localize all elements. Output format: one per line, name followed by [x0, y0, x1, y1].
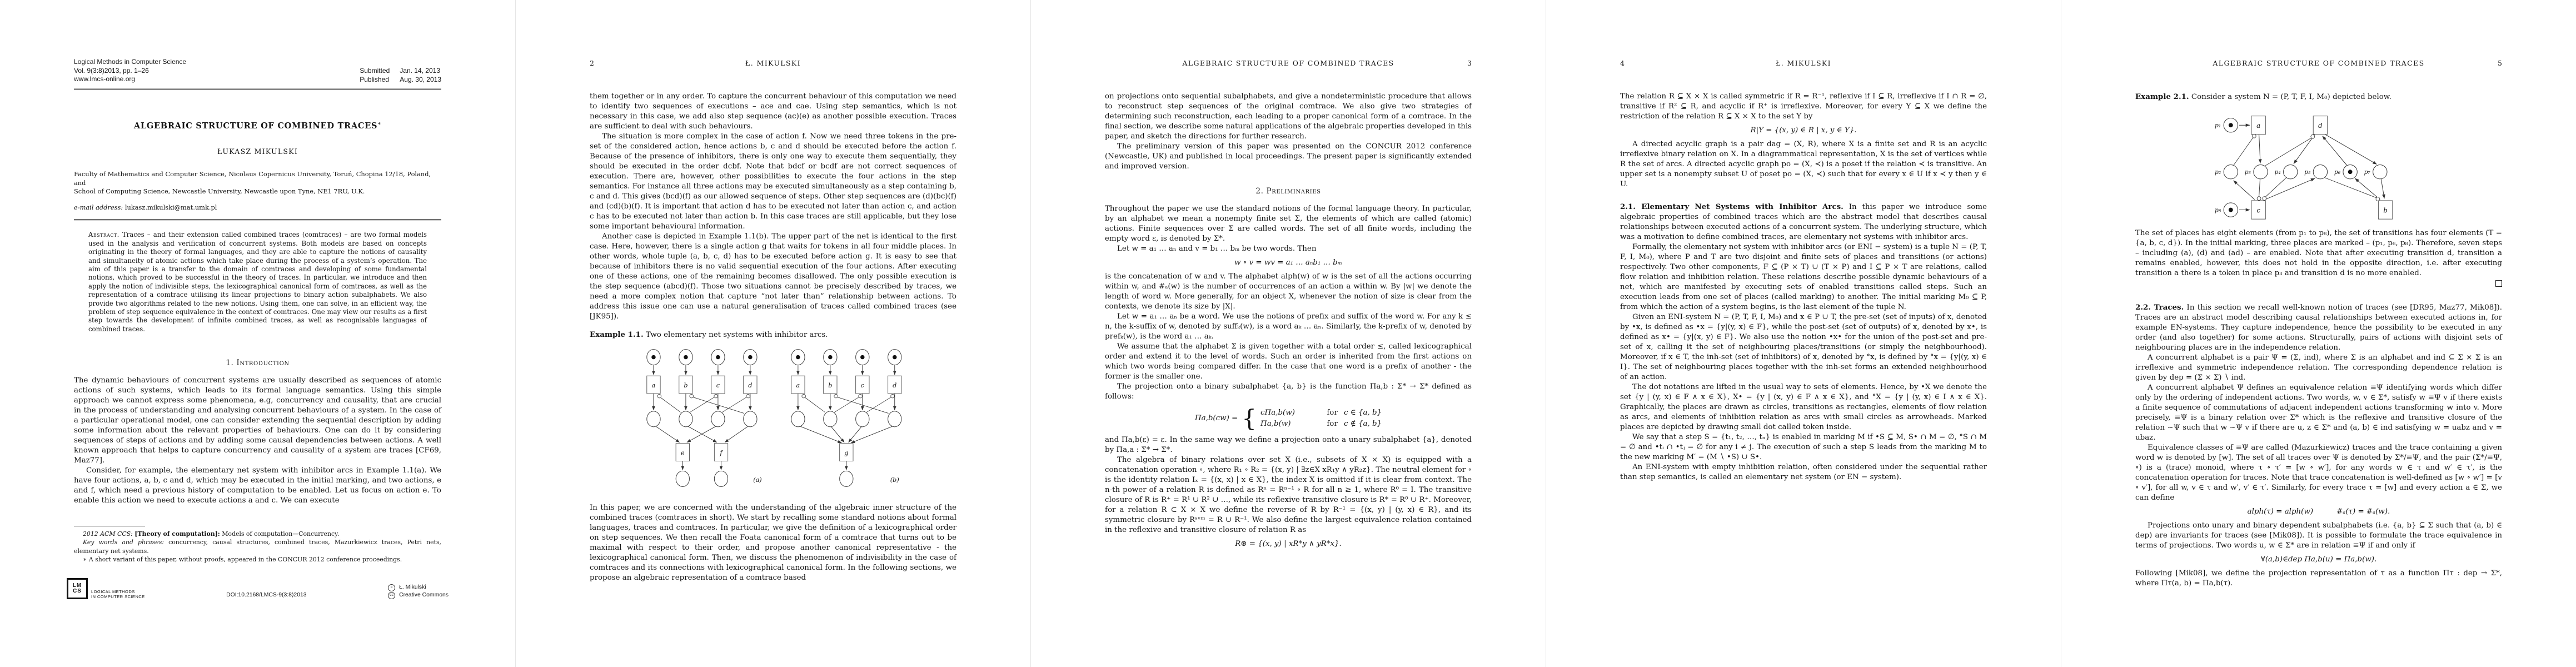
case-1-formula: cΠa,b(w)	[1260, 408, 1321, 418]
footnote-block: 2012 ACM CCS: [Theory of computation]: M…	[74, 526, 441, 564]
svg-text:e: e	[681, 449, 685, 456]
section-2-1: 2.1. Elementary Net Systems with Inhibit…	[1620, 202, 1987, 242]
paper-spread: Logical Methods in Computer Science Vol.…	[0, 0, 2576, 667]
doi: DOI:10.2168/LMCS-9(3:8)2013	[145, 592, 388, 599]
marked-places-top	[647, 350, 757, 365]
svg-text:p₇: p₇	[2364, 168, 2371, 176]
page-4-content: 4 Ł. MIKULSKI The relation R ⊆ X × X is …	[1546, 59, 2061, 482]
qed-line	[2135, 280, 2502, 290]
svg-text:p₃: p₃	[2245, 168, 2251, 176]
case-2-formula: Πa,b(w)	[1260, 419, 1321, 429]
running-head-title: ALGEBRAIC STRUCTURE OF COMBINED TRACES	[2161, 59, 2477, 67]
svg-text:d: d	[2318, 122, 2323, 130]
paragraph: We assume that the alphabet Σ is given t…	[1105, 342, 1472, 382]
example-1-1: Example 1.1. Two elementary net systems …	[590, 330, 956, 340]
svg-text:p₈: p₈	[2215, 206, 2221, 213]
flow-arcs	[2234, 125, 2384, 210]
paper-title: ALGEBRAIC STRUCTURE OF COMBINED TRACES∗	[74, 121, 441, 131]
published-date: Aug. 30, 2013	[400, 76, 441, 84]
paragraph: The preliminary version of this paper wa…	[1105, 142, 1472, 172]
lmcs-logo-icon: LM CS	[67, 578, 88, 599]
case-1-for: for	[1321, 408, 1344, 418]
paragraph: Let w = a₁ … aₙ be a word. We use the no…	[1105, 312, 1472, 342]
output-places	[676, 471, 728, 486]
paragraph: Formally, the elementary net system with…	[1620, 242, 1987, 312]
paragraph: The algebra of binary relations over set…	[1105, 455, 1472, 535]
email-line: e-mail address: lukasz.mikulski@mat.umk.…	[74, 203, 441, 212]
lmcs-logo: LM CS LOGICAL METHODS IN COMPUTER SCIENC…	[67, 578, 145, 599]
footnote-ccs-label: 2012 ACM CCS:	[83, 530, 133, 537]
display-formula-projection-cases: Πa,b(cw) = { cΠa,b(w) for c ∈ {a, b} Πa,…	[1105, 407, 1472, 430]
submitted-date: Jan. 14, 2013	[400, 67, 441, 76]
cases-lhs: Πa,b(cw) =	[1195, 414, 1238, 424]
footnote-variant: ∗ A short variant of this paper, without…	[74, 555, 441, 564]
logo-line-1: LOGICAL METHODS	[91, 589, 145, 594]
example-text: Consider a system N = (P, T, F, I, M₀) d…	[2191, 93, 2391, 101]
page-5: ALGEBRAIC STRUCTURE OF COMBINED TRACES 5…	[2061, 0, 2576, 667]
svg-text:a: a	[652, 382, 656, 389]
running-head: ALGEBRAIC STRUCTURE OF COMBINED TRACES 3	[1105, 59, 1472, 67]
section-2-2-heading: 2.2. Traces.	[2135, 303, 2184, 312]
figure-example-1-1: a b c d	[590, 346, 956, 497]
paragraph: The situation is more complex in the cas…	[590, 132, 956, 232]
svg-text:p₆: p₆	[2334, 168, 2341, 176]
author-name: ŁUKASZ MIKULSKI	[74, 147, 441, 156]
paragraph: Projections onto unary and binary depend…	[2135, 521, 2502, 551]
inhibitor-arcs	[2234, 134, 2380, 201]
section-2-2: 2.2. Traces. In this section we recall w…	[2135, 302, 2502, 353]
paragraph: A directed acyclic graph is a pair dag =…	[1620, 140, 1987, 190]
marked-places-top	[791, 350, 901, 365]
paragraph: In this paper, we are concerned with the…	[590, 503, 956, 583]
running-head: 2 Ł. MIKULSKI	[590, 59, 956, 67]
footnote-rule	[74, 526, 145, 526]
svg-text:d: d	[893, 382, 896, 389]
published-label: Published	[360, 76, 390, 84]
title-rule	[74, 219, 441, 221]
example-2-1: Example 2.1. Consider a system N = (P, T…	[2135, 92, 2502, 102]
case-row-1: cΠa,b(w) for c ∈ {a, b}	[1260, 408, 1382, 418]
footnote-ccs-text: Models of computation—Concurrency.	[222, 530, 339, 537]
running-head-title: ALGEBRAIC STRUCTURE OF COMBINED TRACES	[1130, 59, 1446, 67]
section-2-1-heading: 2.1. Elementary Net Systems with Inhibit…	[1620, 202, 1843, 211]
display-formula-restriction: R|Y = {(x, y) ∈ R | x, y ∈ Y}.	[1620, 126, 1987, 136]
transition-g-label: g	[844, 449, 848, 456]
paragraph: Another case is depicted in Example 1.1(…	[590, 232, 956, 322]
running-head-title: Ł. MIKULSKI	[1646, 59, 1961, 67]
journal-info: Logical Methods in Computer Science Vol.…	[74, 58, 186, 84]
copyright-icon: c	[388, 584, 395, 591]
case-2-for: for	[1321, 419, 1344, 429]
license-name: Creative Commons	[399, 591, 449, 599]
page-2-body: them together or in any order. To captur…	[590, 92, 956, 583]
svg-text:p₁: p₁	[2215, 122, 2221, 129]
page-1: Logical Methods in Computer Science Vol.…	[0, 0, 515, 667]
case-row-2: Πa,b(w) for c ∉ {a, b}	[1260, 419, 1382, 429]
page-4-body: The relation R ⊆ X × X is called symmetr…	[1620, 92, 1987, 482]
paragraph: them together or in any order. To captur…	[590, 92, 956, 132]
paragraph: Given an ENI-system N = (P, T, F, I, M₀)…	[1620, 312, 1987, 382]
paragraph: A concurrent alphabet Ψ defines an equiv…	[2135, 383, 2502, 443]
section-1-heading: 1. Introduction	[74, 358, 441, 368]
svg-text:b: b	[2383, 206, 2388, 214]
logo-bottom: CS	[73, 589, 82, 594]
case-1-condition: c ∈ {a, b}	[1344, 408, 1382, 418]
paragraph: and Πa,b(ε) = ε. In the same way we defi…	[1105, 435, 1472, 455]
page-3-body: on projections onto sequential subalphab…	[1105, 92, 1472, 549]
svg-text:a: a	[796, 382, 800, 389]
paragraph: We say that a step S = {t₁, t₂, …, tₙ} i…	[1620, 432, 1987, 462]
paragraph: is the concatenation of w and v. The alp…	[1105, 272, 1472, 312]
paragraph: on projections onto sequential subalphab…	[1105, 92, 1472, 142]
case-2-condition: c ∉ {a, b}	[1344, 419, 1382, 429]
paragraph: Let w = a₁ … aₙ and v = b₁ … bₘ be two w…	[1105, 244, 1472, 254]
paragraph: A concurrent alphabet is a pair Ψ = (Σ, …	[2135, 353, 2502, 383]
paper-title-text: ALGEBRAIC STRUCTURE OF COMBINED TRACES	[134, 121, 377, 131]
example-text: Two elementary net systems with inhibito…	[646, 331, 828, 339]
paragraph: Following [Mik08], we define the project…	[2135, 569, 2502, 589]
figure-example-2-1: p₁ p₂ p₃ p₄ p₅ p₆ p₇ p₈	[2135, 108, 2502, 223]
inhibitor-arcs	[802, 394, 894, 413]
page-number: 3	[1446, 59, 1472, 67]
section-2-heading: 2. Preliminaries	[1105, 186, 1472, 196]
display-formula-concatenation: w ∘ v = wv = a₁ … aₙb₁ … bₘ	[1105, 258, 1472, 268]
abstract-text: Traces – and their extension called comb…	[88, 231, 427, 332]
display-formula-projection-equivalence: ∀(a,b)∈dep Πa,b(u) = Πa,b(w).	[2135, 555, 2502, 565]
count-equation: #ₐ(τ) = #ₐ(w).	[2336, 507, 2390, 517]
page-number: 4	[1620, 59, 1646, 67]
running-head-title: Ł. MIKULSKI	[615, 59, 931, 67]
page-3: ALGEBRAIC STRUCTURE OF COMBINED TRACES 3…	[1030, 0, 1546, 667]
creative-commons-icon: cc	[388, 592, 395, 599]
petri-net-b: a b c d	[791, 350, 901, 487]
paragraph: An ENI-system with empty inhibition rela…	[1620, 462, 1987, 482]
svg-text:p₅: p₅	[2304, 168, 2311, 176]
petri-net-pair: a b c d	[632, 346, 914, 497]
page-3-content: ALGEBRAIC STRUCTURE OF COMBINED TRACES 3…	[1031, 59, 1546, 549]
masthead-rule	[74, 88, 441, 90]
abstract: Abstract. Traces – and their extension c…	[88, 231, 427, 333]
footnote-variant-text: A short variant of this paper, without p…	[89, 556, 402, 563]
transitions	[2251, 116, 2393, 220]
paragraph: Throughout the paper we use the standard…	[1105, 204, 1472, 244]
page-2: 2 Ł. MIKULSKI them together or in any or…	[515, 0, 1030, 667]
page-2-content: 2 Ł. MIKULSKI them together or in any or…	[516, 59, 1030, 583]
abstract-label: Abstract.	[88, 231, 119, 238]
paragraph: The relation R ⊆ X × X is called symmetr…	[1620, 92, 1987, 122]
journal-masthead: Logical Methods in Computer Science Vol.…	[74, 58, 441, 84]
paragraph: Equivalence classes of ≡Ψ are called (Ma…	[2135, 443, 2502, 503]
email-address: lukasz.mikulski@mat.umk.pl	[125, 203, 217, 211]
transitions-abcd	[647, 376, 757, 394]
paragraph: The dot notations are lifted in the usua…	[1620, 382, 1987, 432]
page-5-content: ALGEBRAIC STRUCTURE OF COMBINED TRACES 5…	[2061, 59, 2576, 589]
journal-name: Logical Methods in Computer Science	[74, 58, 186, 67]
output-place	[840, 471, 853, 486]
page-number: 2	[590, 59, 615, 67]
paragraph: The set of places has eight elements (fr…	[2135, 228, 2502, 278]
running-head: ALGEBRAIC STRUCTURE OF COMBINED TRACES 5	[2135, 59, 2502, 67]
paragraph: The dynamic behaviours of concurrent sys…	[74, 376, 441, 466]
page-4: 4 Ł. MIKULSKI The relation R ⊆ X × X is …	[1546, 0, 2061, 667]
output-arcs	[682, 461, 721, 470]
flow-arcs-ef	[656, 426, 748, 442]
lmcs-logo-text: LOGICAL METHODS IN COMPUTER SCIENCE	[91, 589, 145, 599]
journal-url: www.lmcs-online.org	[74, 75, 186, 84]
logo-line-2: IN COMPUTER SCIENCE	[91, 594, 145, 599]
petri-net-a: a b c d	[647, 350, 762, 487]
paragraph: Consider, for example, the elementary ne…	[74, 466, 441, 506]
copyright-row: cŁ. Mikulski	[388, 584, 449, 591]
net: p₁ p₂ p₃ p₄ p₅ p₆ p₇ p₈	[2215, 116, 2393, 220]
caption-b: (b)	[890, 476, 899, 484]
section-2-2-text: In this section we recall well-known not…	[2135, 303, 2502, 352]
caption-a: (a)	[753, 476, 761, 484]
places	[2224, 118, 2387, 217]
page-1-body: 1. Introduction The dynamic behaviours o…	[74, 358, 441, 506]
case-rows: cΠa,b(w) for c ∈ {a, b} Πa,b(w) for c ∉ …	[1260, 408, 1382, 429]
place-labels: p₁ p₂ p₃ p₄ p₅ p₆ p₇ p₈	[2215, 122, 2370, 213]
middle-places	[647, 411, 757, 427]
display-formula-equivalence-closure: R⊛ = {(x, y) | xR*y ∧ yR*x}.	[1105, 539, 1472, 549]
svg-text:p₂: p₂	[2215, 168, 2221, 176]
page-1-content: Logical Methods in Computer Science Vol.…	[0, 58, 515, 506]
submission-dates: Submitted Jan. 14, 2013 Published Aug. 3…	[360, 67, 441, 84]
alph-equation: alph(τ) = alph(w)	[2248, 507, 2313, 516]
petri-net-eni-system: p₁ p₂ p₃ p₄ p₅ p₆ p₇ p₈	[2199, 108, 2438, 223]
svg-text:c: c	[716, 382, 720, 389]
svg-text:c: c	[2256, 206, 2260, 214]
footnote-keywords-label: Key words and phrases:	[83, 539, 164, 546]
affiliation-2: School of Computing Science, Newcastle U…	[74, 187, 441, 196]
submitted-label: Submitted	[360, 67, 390, 76]
email-label: e-mail address:	[74, 203, 123, 211]
transition-labels: a b c d	[652, 382, 753, 389]
page-5-body: Example 2.1. Consider a system N = (P, T…	[2135, 92, 2502, 589]
inhibitor-arcs	[657, 394, 750, 413]
affiliation-block: Faculty of Mathematics and Computer Scie…	[74, 170, 441, 212]
page-footer: LM CS LOGICAL METHODS IN COMPUTER SCIENC…	[67, 578, 449, 599]
paragraph: The projection onto a binary subalphabet…	[1105, 382, 1472, 402]
example-label: Example 2.1.	[2135, 92, 2189, 101]
qed-box	[2495, 280, 2502, 287]
running-head: 4 Ł. MIKULSKI	[1620, 59, 1987, 67]
transitions-abcd	[791, 376, 901, 394]
flow-arcs-g	[800, 426, 893, 443]
affiliation-1: Faculty of Mathematics and Computer Scie…	[74, 170, 441, 187]
flow-arcs	[798, 365, 895, 410]
svg-text:b: b	[828, 382, 832, 389]
footnote-ccs-category: [Theory of computation]:	[134, 530, 220, 537]
page-number: 5	[2477, 59, 2502, 67]
middle-places	[791, 411, 901, 427]
svg-text:c: c	[861, 382, 865, 389]
copyright-holder: Ł. Mikulski	[399, 584, 426, 591]
svg-text:b: b	[684, 382, 687, 389]
journal-volume: Vol. 9(3:8)2013, pp. 1–26	[74, 67, 186, 76]
footnote-ccs: 2012 ACM CCS: [Theory of computation]: M…	[74, 530, 441, 538]
footnote-keywords: Key words and phrases: concurrency, caus…	[74, 538, 441, 555]
license-row: ccCreative Commons	[388, 591, 449, 599]
svg-text:a: a	[2256, 122, 2260, 130]
flow-arcs	[654, 365, 750, 410]
copyright-block: cŁ. Mikulski ccCreative Commons	[388, 584, 449, 599]
left-brace: {	[1242, 407, 1257, 430]
svg-text:p₄: p₄	[2274, 168, 2280, 176]
title-footnote-mark: ∗	[377, 121, 381, 127]
transition-labels: a b c d	[796, 382, 897, 389]
example-label: Example 1.1.	[590, 330, 644, 339]
footnote-variant-mark: ∗	[83, 556, 87, 563]
svg-text:d: d	[748, 382, 752, 389]
display-formula-alph: alph(τ) = alph(w)#ₐ(τ) = #ₐ(w).	[2135, 507, 2502, 517]
